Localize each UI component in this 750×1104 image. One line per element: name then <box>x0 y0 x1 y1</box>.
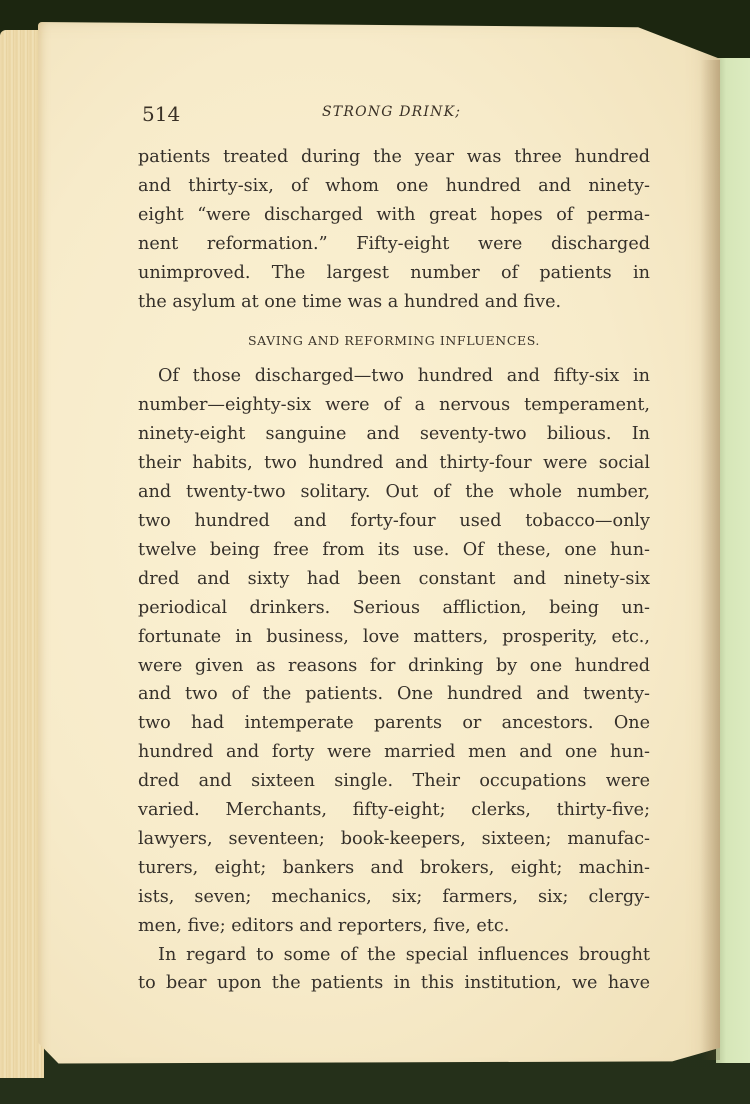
text-line: turers, eight; bankers and brokers, eigh… <box>138 854 650 883</box>
paragraph-1: patients treated during the year was thr… <box>138 143 650 316</box>
gutter-shadow <box>700 60 720 1060</box>
text-line: and twenty-two solitary. Out of the whol… <box>138 478 650 507</box>
text-line: Of those discharged—two hundred and fift… <box>138 362 650 391</box>
text-line: unimproved. The largest number of patien… <box>138 259 650 288</box>
text-line: were given as reasons for drinking by on… <box>138 652 650 681</box>
text-line: varied. Merchants, fifty-eight; clerks, … <box>138 796 650 825</box>
text-line: the asylum at one time was a hundred and… <box>138 288 650 317</box>
text-line: and thirty-six, of whom one hundred and … <box>138 172 650 201</box>
text-line: lawyers, seventeen; book-keepers, sixtee… <box>138 825 650 854</box>
text-line: number—eighty-six were of a nervous temp… <box>138 391 650 420</box>
paragraph-2: Of those discharged—two hundred and fift… <box>138 362 650 940</box>
text-line: fortunate in business, love matters, pro… <box>138 623 650 652</box>
text-line: periodical drinkers. Serious affliction,… <box>138 594 650 623</box>
text-line: ists, seven; mechanics, six; farmers, si… <box>138 883 650 912</box>
text-line: two hundred and forty-four used tobacco—… <box>138 507 650 536</box>
text-line: dred and sixteen single. Their occupatio… <box>138 767 650 796</box>
text-line: their habits, two hundred and thirty-fou… <box>138 449 650 478</box>
section-heading: SAVING AND REFORMING INFLUENCES. <box>138 332 650 350</box>
text-line: to bear upon the patients in this instit… <box>138 969 650 998</box>
page-body: patients treated during the year was thr… <box>138 143 650 998</box>
facing-page-edge <box>716 58 750 1063</box>
text-line: eight “were discharged with great hopes … <box>138 201 650 230</box>
page-number: 514 <box>142 102 180 126</box>
running-head: STRONG DRINK; <box>322 104 461 120</box>
page-edges-stack <box>0 30 44 1078</box>
text-line: In regard to some of the special influen… <box>138 941 650 970</box>
text-line: hundred and forty were married men and o… <box>138 738 650 767</box>
paragraph-3: In regard to some of the special influen… <box>138 941 650 999</box>
text-line: men, five; editors and reporters, five, … <box>138 912 650 941</box>
text-line: twelve being free from its use. Of these… <box>138 536 650 565</box>
text-line: dred and sixty had been constant and nin… <box>138 565 650 594</box>
text-line: and two of the patients. One hundred and… <box>138 680 650 709</box>
text-line: two had intemperate parents or ancestors… <box>138 709 650 738</box>
page-header: 514 STRONG DRINK; <box>142 102 662 132</box>
text-line: nent reformation.” Fifty-eight were disc… <box>138 230 650 259</box>
text-line: ninety-eight sanguine and seventy-two bi… <box>138 420 650 449</box>
text-line: patients treated during the year was thr… <box>138 143 650 172</box>
